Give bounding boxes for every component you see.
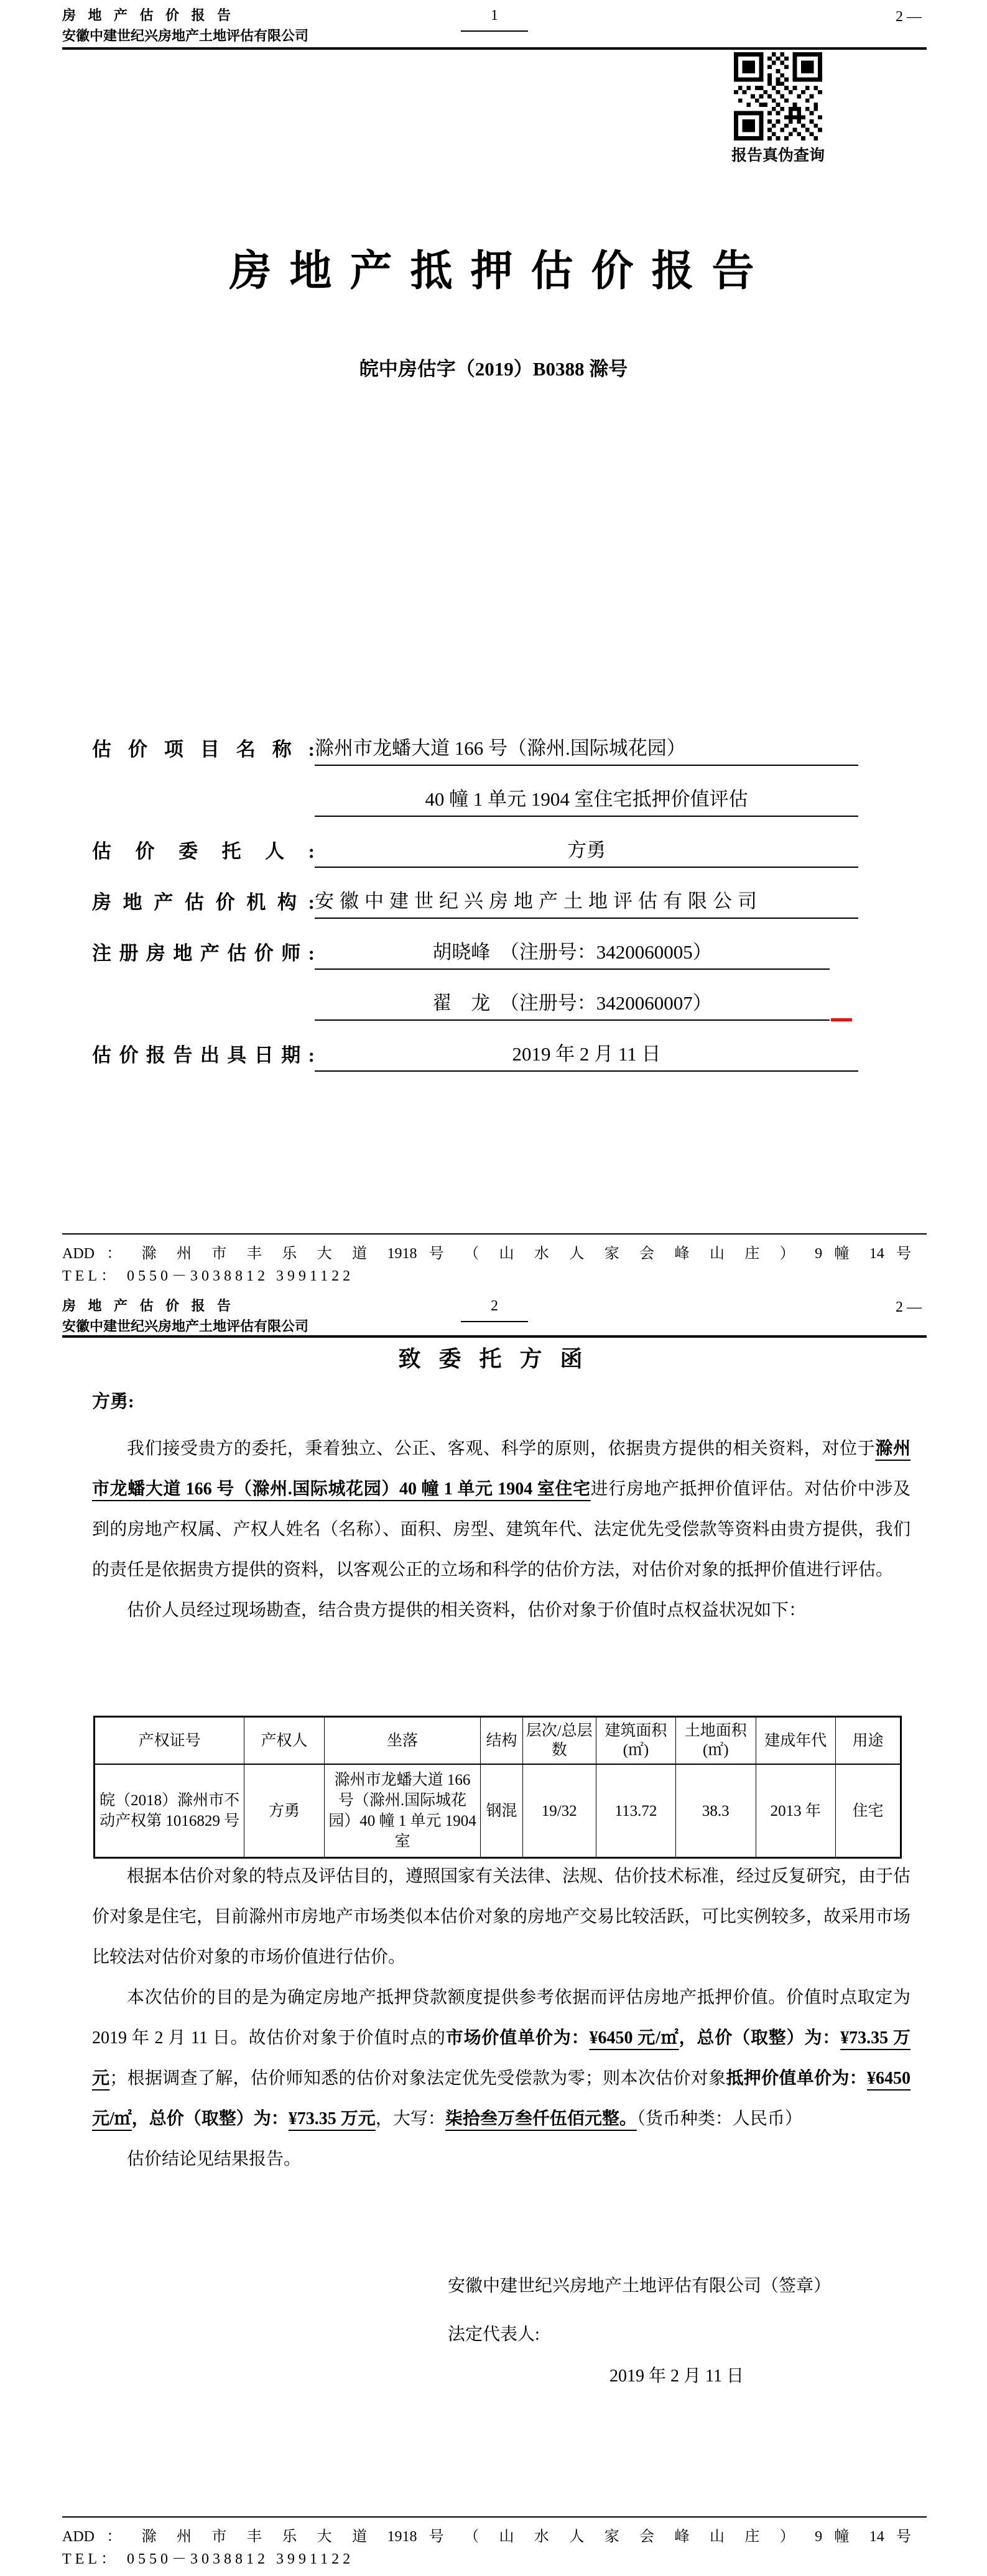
table-cell: 滁州市龙蟠大道 166 号（滁州.国际城花园）40 幢 1 单元 1904 室 [324,1764,481,1858]
table-cell: 方勇 [244,1764,324,1858]
total-price-label: ，总价（取整）为： [679,2028,841,2048]
amount-in-words: 柒拾叁万叁仟伍佰元整。 [445,2109,637,2128]
field-value: 滁州市龙蟠大道 166 号（滁州.国际城花园） [315,737,858,766]
field-label: 估价项目名称: [92,738,315,766]
table-header-cell: 用途 [835,1717,901,1765]
header-rule [62,47,927,50]
table-cell: 19/32 [522,1764,596,1858]
market-unit-price-label: 市场价值单价为： [446,2028,590,2048]
field-value: 胡晓峰 （注册号：3420060005） [315,941,830,970]
footer-rule [62,2516,927,2518]
table-header-row: 产权证号 产权人 坐落 结构 层次/总层数 建筑面积(㎡) 土地面积(㎡) 建成… [95,1717,901,1765]
letter-body-bottom: 根据本估价对象的特点及评估目的，遵照国家有关法律、法规、估价技术标准，经过反复研… [92,1856,911,2179]
paragraph-valuation: 本次估价的目的是为确定房地产抵押贷款额度提供参考依据而评估房地产抵押价值。价值时… [92,1977,911,2139]
field-project-name-line2: 40 幢 1 单元 1904 室住宅抵押价值评估 [92,766,858,817]
letter-body-top: 我们接受贵方的委托，秉着独立、公正、客观、科学的原则，依据贵方提供的相关资料，对… [92,1428,911,1631]
cover-document-number: 皖中房估字（2019）B0388 滁号 [0,353,987,381]
footer-rule [62,1233,927,1235]
field-value: 方勇 [315,839,858,868]
table-header-cell: 土地面积(㎡) [676,1717,756,1765]
field-appraiser-2: 翟 龙 （注册号：3420060007） [92,970,858,1021]
paragraph-method: 根据本估价对象的特点及评估目的，遵照国家有关法律、法规、估价技术标准，经过反复研… [92,1856,911,1977]
property-table-wrapper: 产权证号 产权人 坐落 结构 层次/总层数 建筑面积(㎡) 土地面积(㎡) 建成… [93,1716,902,1859]
field-label: 估价报告出具日期: [92,1044,315,1072]
field-value: 40 幢 1 单元 1904 室住宅抵押价值评估 [315,788,858,817]
field-agency: 房地产估价机构: 安徽中建世纪兴房地产土地评估有限公司 [92,868,858,919]
table-cell: 钢混 [481,1764,522,1858]
report-document: 房 地 产 估 价 报 告 安徽中建世纪兴房地产土地评估有限公司 1 2 — 报… [0,0,987,2576]
qr-code [734,52,822,140]
paragraph-conclusion: 估价结论见结果报告。 [92,2139,911,2179]
page1-number-value: 1 [461,7,528,32]
page1-corner-mark: 2 — [896,9,922,25]
qr-caption: 报告真伪查询 [713,143,843,165]
table-header-cell: 坐落 [324,1717,481,1765]
page2-header: 房 地 产 估 价 报 告 安徽中建世纪兴房地产土地评估有限公司 2 2 — [62,1298,927,1338]
mortgage-unit-price-label: 抵押价值单价为： [726,2069,867,2088]
currency-note: （货币种类：人民币） [637,2109,802,2128]
text-segment: ；根据调查了解，估价师知悉的估价对象法定优先受偿款为零；则本次估价对象 [109,2069,726,2088]
field-label: 注册房地产估价师: [92,942,315,970]
table-cell: 113.72 [596,1764,675,1858]
table-header-cell: 产权人 [244,1717,324,1765]
header-rule [62,1335,927,1338]
page2-number-value: 2 [461,1298,528,1322]
table-header-cell: 建成年代 [756,1717,835,1765]
field-label: 房地产估价机构: [92,891,315,919]
field-value: 安徽中建世纪兴房地产土地评估有限公司 [315,890,858,919]
table-header-cell: 层次/总层数 [522,1717,596,1765]
market-unit-price-value: ¥6450 元/㎡ [589,2028,679,2048]
table-cell: 2013 年 [756,1764,835,1858]
signature-company: 安徽中建世纪兴房地产土地评估有限公司（签章） [448,2272,831,2297]
appraiser2-text: 翟 龙 （注册号：3420060007） [432,992,712,1014]
red-annotation-mark [831,1018,852,1021]
table-header-cell: 建筑面积(㎡) [596,1717,675,1765]
footer-address: ADD ： 滁 州 市 丰 乐 大 道 1918 号 （ 山 水 人 家 会 峰… [62,2524,911,2546]
field-project-name: 估价项目名称: 滁州市龙蟠大道 166 号（滁州.国际城花园） [92,715,858,766]
qr-code-image [734,52,822,140]
cover-fields: 估价项目名称: 滁州市龙蟠大道 166 号（滁州.国际城花园） 40 幢 1 单… [92,715,858,1072]
text-segment: 我们接受贵方的委托，秉着独立、公正、客观、科学的原则，依据贵方提供的相关资料，对… [127,1439,875,1458]
property-table: 产权证号 产权人 坐落 结构 层次/总层数 建筑面积(㎡) 土地面积(㎡) 建成… [93,1716,902,1859]
signature-legal-representative: 法定代表人: [448,2321,540,2345]
footer-telephone: TEL： 0550－3038812 3991122 [62,1263,354,1285]
page1-header: 房 地 产 估 价 报 告 安徽中建世纪兴房地产土地评估有限公司 1 2 — [62,7,927,47]
table-header-cell: 产权证号 [95,1717,244,1765]
field-client: 估价委托人: 方勇 [92,817,858,868]
field-value: 翟 龙 （注册号：3420060007） [315,991,830,1021]
field-report-date: 估价报告出具日期: 2019 年 2 月 11 日 [92,1021,858,1072]
cover-title: 房 地 产 抵 押 估 价 报 告 [0,237,987,298]
table-cell: 38.3 [676,1764,756,1858]
field-value: 2019 年 2 月 11 日 [315,1042,858,1072]
table-cell: 皖（2018）滁州市不动产权第 1016829 号 [95,1764,244,1858]
footer-telephone: TEL： 0550－3038812 3991122 [62,2546,354,2568]
letter-title: 致 委 托 方 函 [0,1341,987,1373]
page2-number: 2 [448,1298,541,1322]
letter-salutation: 方勇: [92,1387,134,1413]
table-header-cell: 结构 [481,1717,522,1765]
paragraph-intro: 我们接受贵方的委托，秉着独立、公正、客观、科学的原则，依据贵方提供的相关资料，对… [92,1428,911,1590]
table-row: 皖（2018）滁州市不动产权第 1016829 号 方勇 滁州市龙蟠大道 166… [95,1764,901,1858]
mortgage-total-label: ，总价（取整）为： [132,2109,289,2128]
mortgage-total-value: ¥73.35 万元 [289,2109,376,2128]
footer-address: ADD ： 滁 州 市 丰 乐 大 道 1918 号 （ 山 水 人 家 会 峰… [62,1241,911,1263]
signature-date: 2019 年 2 月 11 日 [609,2362,744,2387]
page2-corner-mark: 2 — [896,1299,922,1316]
table-cell: 住宅 [835,1764,901,1858]
field-appraiser-1: 注册房地产估价师: 胡晓峰 （注册号：3420060005） [92,919,858,970]
page1-number: 1 [448,7,541,32]
field-label: 估价委托人: [92,840,315,868]
text-segment: ，大写： [376,2109,445,2128]
paragraph-survey: 估价人员经过现场勘查，结合贵方提供的相关资料，估价对象于价值时点权益状况如下： [92,1590,911,1631]
